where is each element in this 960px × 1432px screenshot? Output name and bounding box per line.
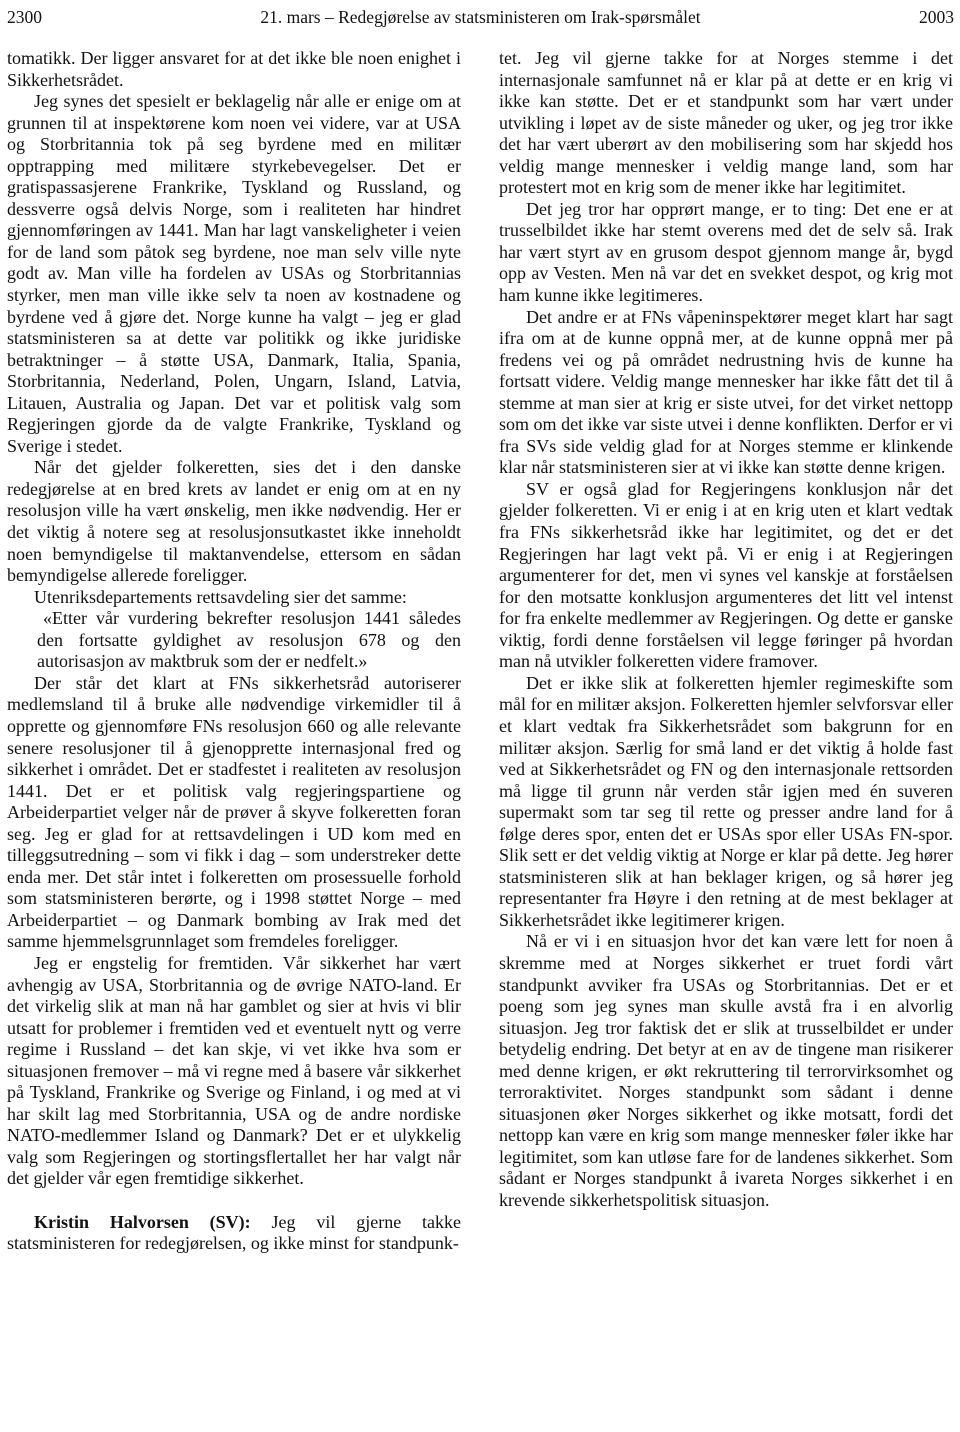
header-year: 2003 [824, 7, 954, 27]
paragraph: SV er også glad for Regjeringens konklus… [499, 479, 953, 673]
paragraph: Utenriksdepartements rettsavdeling sier … [7, 587, 461, 609]
paragraph: Jeg synes det spesielt er beklagelig når… [7, 91, 461, 457]
paragraph: Det jeg tror har opprørt mange, er to ti… [499, 199, 953, 307]
body-columns: tomatikk. Der ligger ansvaret for at det… [7, 48, 954, 1432]
paragraph: tet. Jeg vil gjerne takke for at Norges … [499, 48, 953, 199]
paragraph: Jeg er engstelig for fremtiden. Vår sikk… [7, 953, 461, 1190]
paragraph: Når det gjelder folkeretten, sies det i … [7, 457, 461, 586]
paragraph: Nå er vi i en situasjon hvor det kan vær… [499, 931, 953, 1211]
column-gutter [461, 48, 499, 1432]
speaker-paragraph: Kristin Halvorsen (SV): Jeg vil gjerne t… [7, 1212, 461, 1255]
text-column-right: tet. Jeg vil gjerne takke for at Norges … [499, 48, 953, 1432]
paragraph: Der står det klart at FNs sikkerhetsråd … [7, 673, 461, 953]
page-number: 2300 [7, 7, 137, 27]
page-header: 2300 21. mars – Redegjørelse av statsmin… [7, 7, 954, 27]
document-page: 2300 21. mars – Redegjørelse av statsmin… [0, 0, 960, 1432]
paragraph: «Etter vår vurdering bekrefter resolusjo… [37, 608, 461, 673]
page-title: 21. mars – Redegjørelse av statsminister… [137, 7, 824, 27]
speaker-name: Kristin Halvorsen (SV): [34, 1212, 251, 1232]
paragraph: tomatikk. Der ligger ansvaret for at det… [7, 48, 461, 91]
paragraph: Det andre er at FNs våpeninspektører meg… [499, 307, 953, 479]
paragraph: Det er ikke slik at folkeretten hjemler … [499, 673, 953, 932]
text-column-left: tomatikk. Der ligger ansvaret for at det… [7, 48, 461, 1432]
